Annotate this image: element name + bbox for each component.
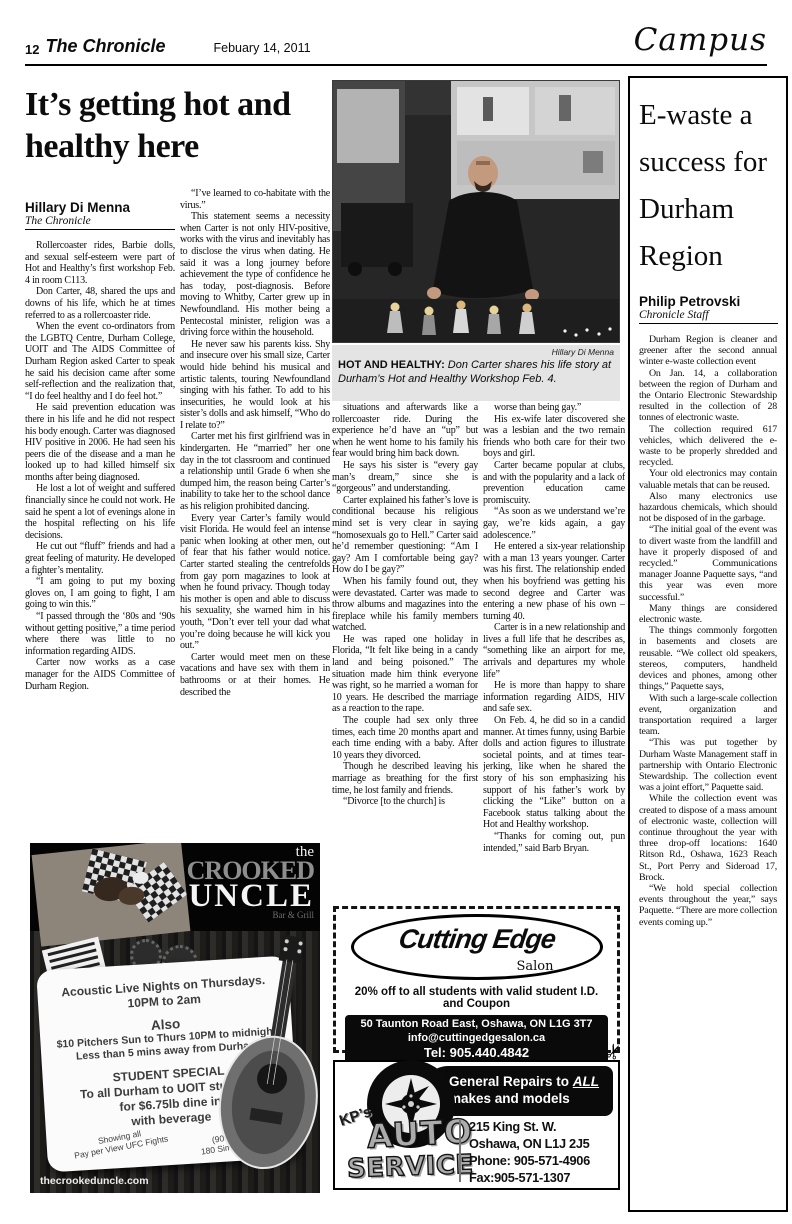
newspaper-page: 12The ChronicleFebuary 14, 2011 Campus I… bbox=[0, 0, 792, 1224]
sidebar-article: E-waste a success for Durham Region Phil… bbox=[628, 76, 788, 1212]
tagline-part1: General Repairs to bbox=[449, 1074, 573, 1089]
auto-contact-block: 215 King St. W. Oshawa, ON L1J 2J5 Phone… bbox=[469, 1118, 590, 1186]
paragraph: He is more than happy to share informati… bbox=[483, 680, 625, 715]
byline-author: Hillary Di Menna bbox=[25, 200, 175, 215]
photo-table bbox=[333, 299, 620, 343]
brand-auto: AUTO bbox=[366, 1111, 474, 1155]
paragraph: “We hold special collection events throu… bbox=[639, 883, 777, 928]
salon-name: Cutting Edge bbox=[351, 924, 601, 955]
tagline-part2: makes and models bbox=[449, 1091, 570, 1106]
paragraph: “Thanks for coming out, pun intended,” s… bbox=[483, 831, 625, 854]
photo-caption-box: Hillary Di Menna HOT AND HEALTHY: Don Ca… bbox=[332, 345, 620, 401]
article-column-2: “I’ve learned to co-habitate with the vi… bbox=[180, 188, 330, 840]
photo-caption: HOT AND HEALTHY: Don Carter shares his l… bbox=[338, 359, 614, 386]
page-header: 12The ChronicleFebuary 14, 2011 Campus bbox=[25, 36, 767, 66]
article-column-3: situations and afterwards like a rollerc… bbox=[332, 402, 478, 902]
paragraph: On Jan. 14, a collaboration between the … bbox=[639, 368, 777, 424]
caption-label: HOT AND HEALTHY: bbox=[338, 359, 445, 371]
paragraph: When his family found out, they were dev… bbox=[332, 576, 478, 634]
byline-organization: Chronicle Staff bbox=[639, 309, 778, 324]
masthead: The Chronicle bbox=[45, 36, 165, 56]
paragraph: This statement seems a necessity when Ca… bbox=[180, 211, 330, 339]
main-headline: It’s getting hot and healthy here bbox=[25, 84, 331, 168]
paragraph: Carter would meet men on these vacations… bbox=[180, 652, 330, 698]
divider bbox=[459, 1120, 461, 1182]
sidebar-byline: Philip Petrovski Chronicle Staff bbox=[639, 294, 778, 324]
photo-speaker-body bbox=[433, 192, 533, 298]
paragraph: Your old electronics may contain valuabl… bbox=[639, 468, 777, 490]
paragraph: While the collection event was created t… bbox=[639, 793, 777, 883]
city-address: Oshawa, ON L1J 2J5 bbox=[469, 1135, 590, 1152]
logo-uncle: UNCLE bbox=[144, 880, 314, 913]
paragraph: He cut out “fluff” friends and had a gre… bbox=[25, 541, 175, 576]
paragraph: “This was put together by Durham Waste M… bbox=[639, 737, 777, 793]
paragraph: He says his sister is “every gay man’s d… bbox=[332, 460, 478, 495]
paragraph: situations and afterwards like a rollerc… bbox=[332, 402, 478, 460]
sidebar-headline: E-waste a success for Durham Region bbox=[639, 92, 777, 280]
phone-number: Phone: 905-571-4906 bbox=[469, 1152, 590, 1169]
street-address: 50 Taunton Road East, Oshawa, ON L1G 3T7 bbox=[345, 1018, 608, 1032]
email-address: info@cuttingedgesalon.ca bbox=[345, 1032, 608, 1046]
article-column-1: Rollercoaster rides, Barbie dolls, and s… bbox=[25, 240, 175, 840]
photo-credit: Hillary Di Menna bbox=[338, 347, 614, 357]
photo-whiteboard bbox=[337, 89, 399, 163]
paragraph: Durham Region is cleaner and greener aft… bbox=[639, 334, 777, 368]
paragraph: On Feb. 4, he did so in a candid manner.… bbox=[483, 715, 625, 831]
paragraph: The collection required 617 vehicles, wh… bbox=[639, 424, 777, 469]
byline-organization: The Chronicle bbox=[25, 215, 175, 230]
paragraph: Carter now works as a case manager for t… bbox=[25, 657, 175, 692]
main-byline: Hillary Di Menna The Chronicle bbox=[25, 200, 175, 230]
paragraph: “The initial goal of the event was to di… bbox=[639, 524, 777, 602]
paragraph: He never saw his parents kiss. Shy and i… bbox=[180, 339, 330, 432]
cutting-edge-logo: Cutting Edge Salon bbox=[351, 914, 603, 980]
tagline-all: ALL bbox=[573, 1074, 599, 1089]
photo-equipment-cart bbox=[341, 203, 413, 267]
website-url: thecrookeduncle.com bbox=[40, 1175, 149, 1187]
date: Febuary 14, 2011 bbox=[213, 41, 310, 55]
ad-auto-service: General Repairs to ALL makes and models … bbox=[333, 1060, 620, 1190]
paragraph: He lost a lot of weight and suffered fin… bbox=[25, 483, 175, 541]
paragraph: He was raped one holiday in Florida, “It… bbox=[332, 634, 478, 715]
paragraph: “Divorce [to the church] is bbox=[332, 796, 478, 808]
street-address: 215 King St. W. bbox=[469, 1118, 590, 1135]
paragraph: Rollercoaster rides, Barbie dolls, and s… bbox=[25, 240, 175, 286]
paragraph: “I am going to put my boxing gloves on, … bbox=[25, 576, 175, 611]
paragraph: The things commonly forgotten in basemen… bbox=[639, 625, 777, 692]
paragraph: Also many electronics use hazardous chem… bbox=[639, 491, 777, 525]
ad-cutting-edge-salon: Cutting Edge Salon 20% off to all studen… bbox=[333, 906, 620, 1053]
sidebar-body: Durham Region is cleaner and greener aft… bbox=[639, 334, 777, 1146]
article-column-4: worse than being gay.”His ex-wife later … bbox=[483, 402, 625, 902]
paragraph: Though he described leaving his marriage… bbox=[332, 761, 478, 796]
salon-subtitle: Salon bbox=[516, 959, 553, 974]
paragraph: Carter became popular at clubs, and with… bbox=[483, 460, 625, 506]
brand-service: SERVICE bbox=[347, 1150, 475, 1184]
paragraph: With such a large-scale collection event… bbox=[639, 693, 777, 738]
byline-author: Philip Petrovski bbox=[639, 294, 778, 309]
fax-number: Fax:905-571-1307 bbox=[469, 1169, 590, 1186]
paragraph: “As soon as we understand we’re gay, we’… bbox=[483, 506, 625, 541]
header-rule bbox=[25, 64, 767, 66]
crooked-uncle-logo: the CROOKED UNCLE Bar & Grill bbox=[144, 844, 314, 920]
paragraph: Carter is in a new relationship and live… bbox=[483, 622, 625, 680]
paragraph: He entered a six-year relationship with … bbox=[483, 541, 625, 622]
paragraph: Carter met his first girlfriend was in k… bbox=[180, 431, 330, 512]
paragraph: The couple had sex only three times, eac… bbox=[332, 715, 478, 761]
salon-offer: 20% off to all students with valid stude… bbox=[345, 986, 608, 1010]
article-photo bbox=[332, 80, 620, 343]
paragraph: “I’ve learned to co-habitate with the vi… bbox=[180, 188, 330, 211]
page-number: 12 bbox=[25, 42, 39, 57]
paragraph: Don Carter, 48, shared the ups and downs… bbox=[25, 286, 175, 321]
article-photo-illustration bbox=[333, 81, 620, 343]
paragraph: “I passed through the ‘80s and ‘90s with… bbox=[25, 611, 175, 657]
paragraph: worse than being gay.” bbox=[483, 402, 625, 414]
ad-crooked-uncle: the CROOKED UNCLE Bar & Grill Acoustic L… bbox=[30, 843, 320, 1193]
paragraph: When the event co-ordinators from the LG… bbox=[25, 321, 175, 402]
paragraph: Carter explained his father’s love is co… bbox=[332, 495, 478, 576]
paragraph: His ex-wife later discovered she was a l… bbox=[483, 414, 625, 460]
paragraph: Every year Carter’s family would visit F… bbox=[180, 513, 330, 652]
section-title: Campus bbox=[634, 22, 767, 58]
paragraph: Many things are considered electronic wa… bbox=[639, 603, 777, 625]
salon-contact-box: 50 Taunton Road East, Oshawa, ON L1G 3T7… bbox=[345, 1015, 608, 1064]
paragraph: He said prevention education was there i… bbox=[25, 402, 175, 483]
